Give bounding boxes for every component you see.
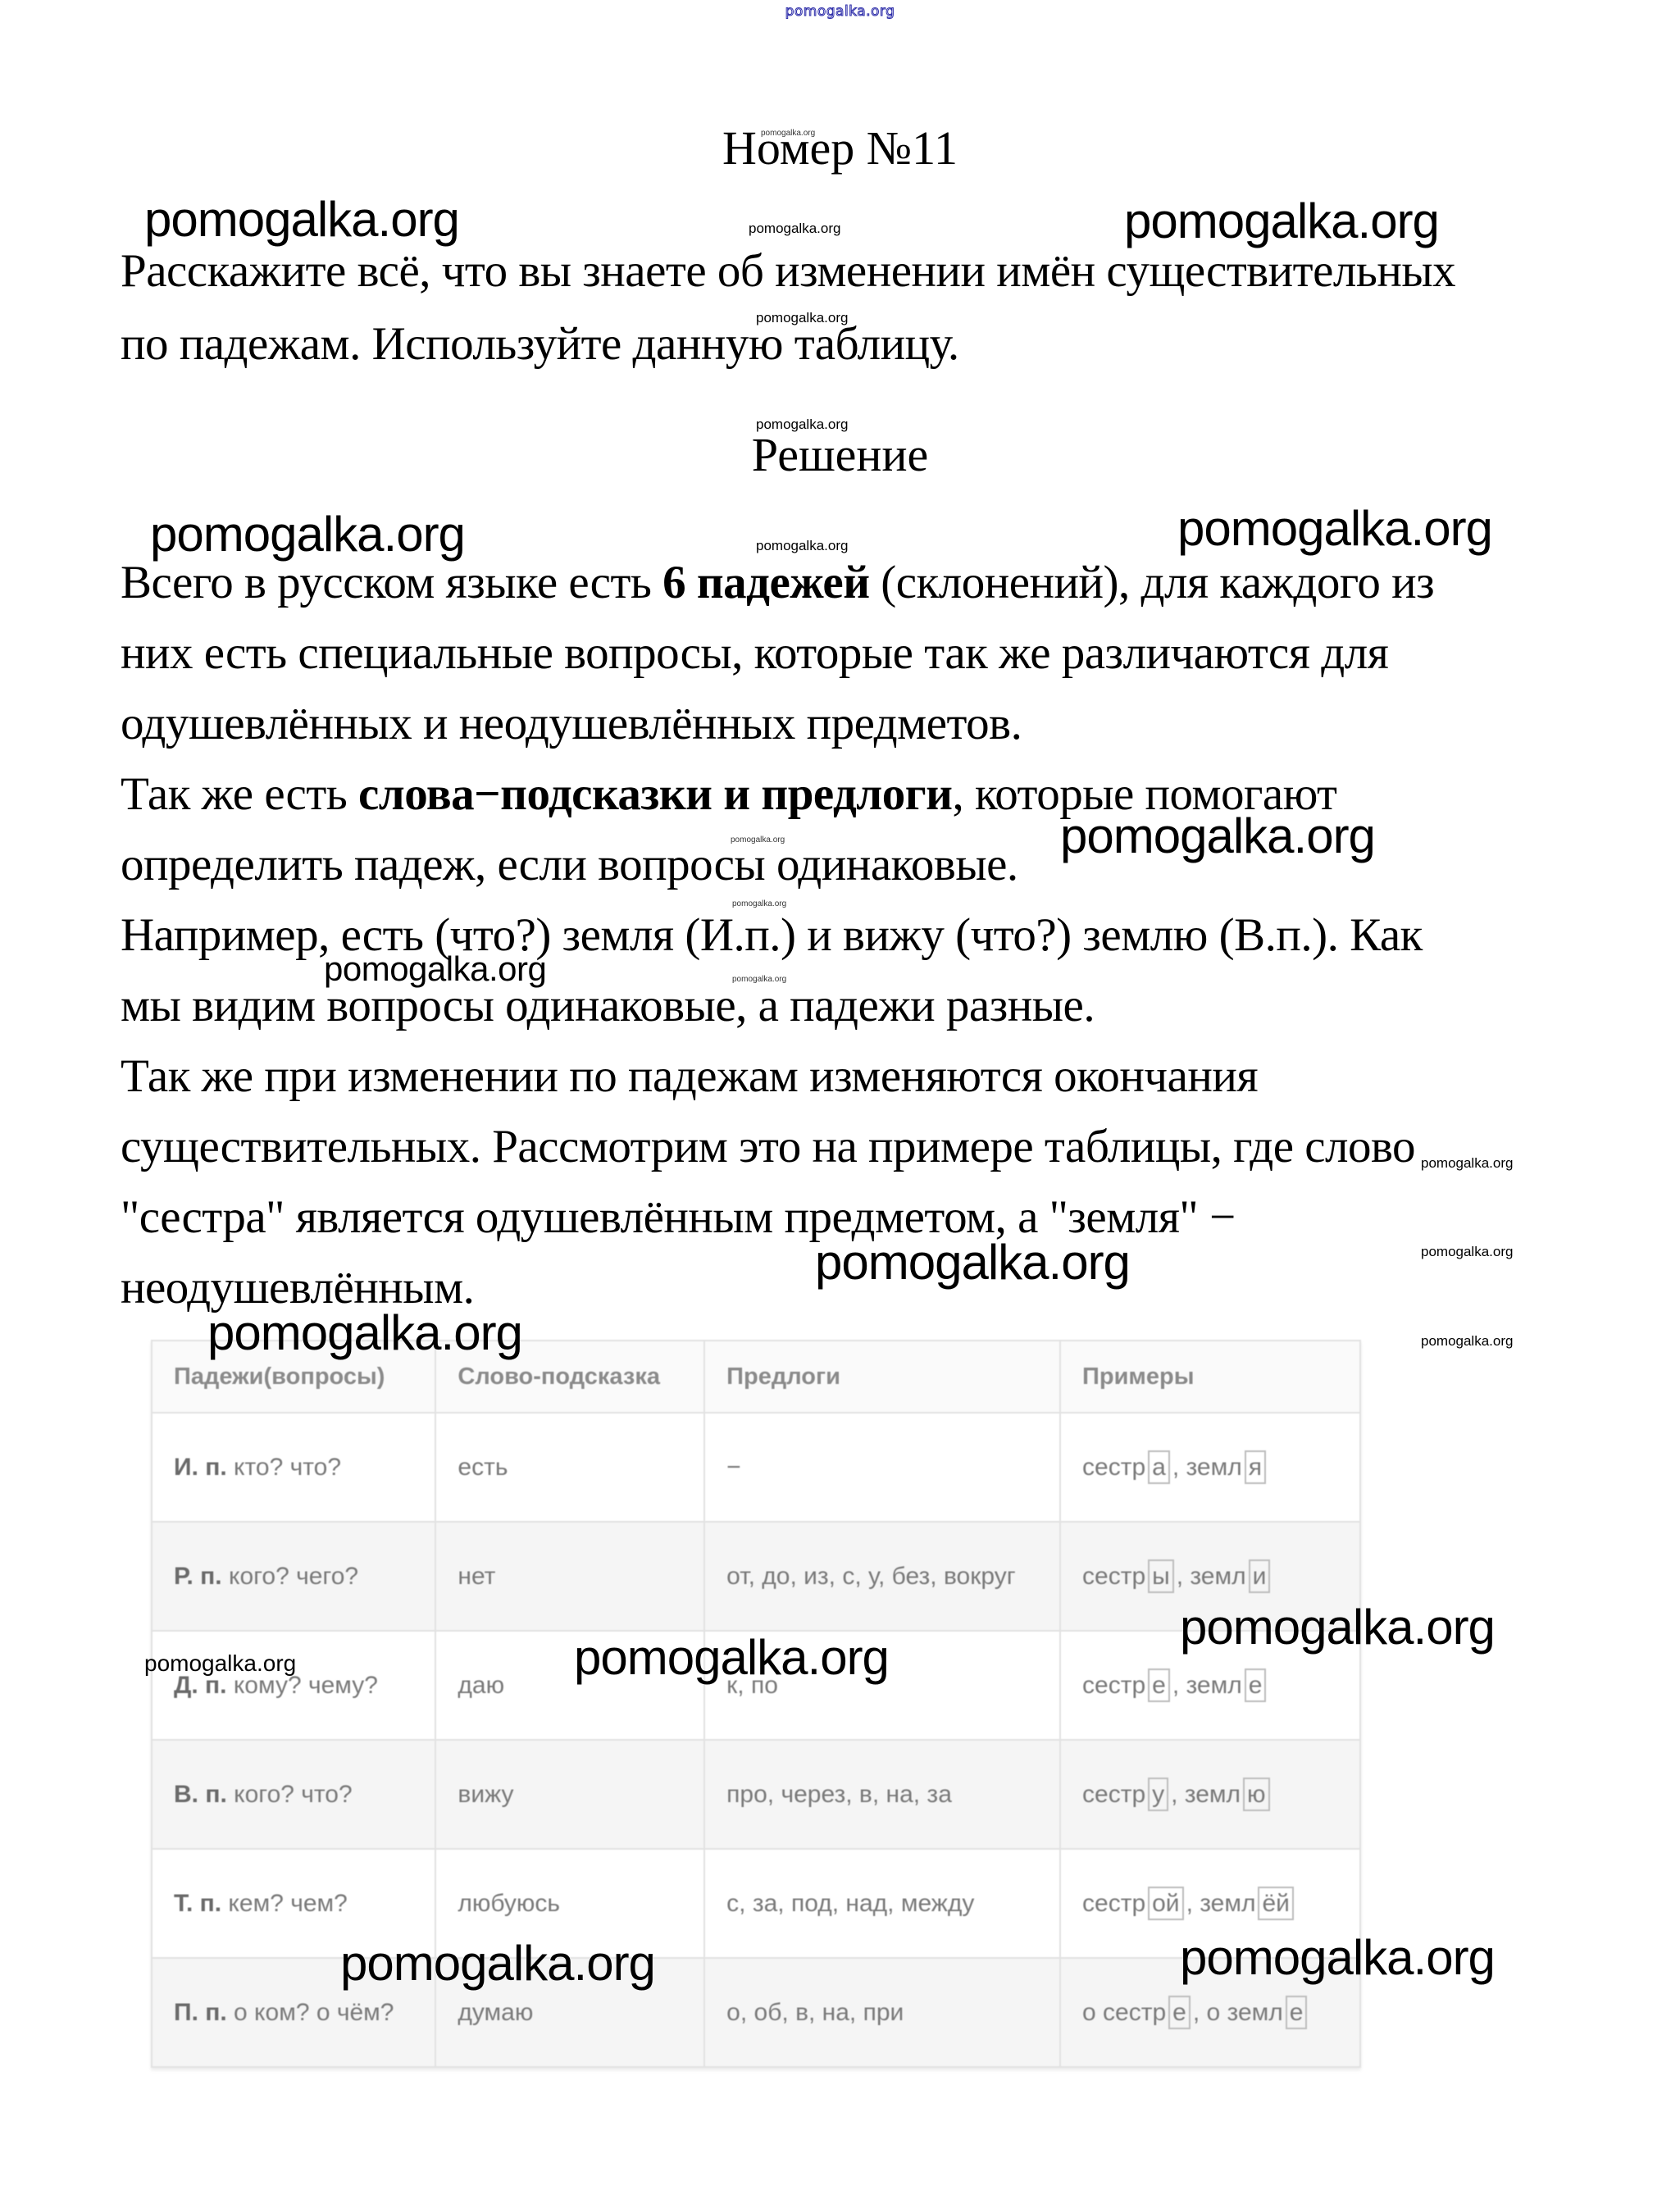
watermark: pomogalka.org	[1421, 1245, 1513, 1259]
example-ending-box: е	[1245, 1669, 1267, 1702]
watermark: pomogalka.org	[756, 417, 848, 431]
examples-cell: сестра, земля	[1060, 1413, 1360, 1522]
hint-word-cell: нет	[435, 1522, 704, 1631]
example-ending-box: ёй	[1258, 1887, 1293, 1920]
case-questions: о ком? о чём?	[234, 1999, 394, 2026]
example-ending-box: ы	[1148, 1559, 1174, 1593]
watermark: pomogalka.org	[574, 1633, 889, 1682]
watermark: pomogalka.org	[749, 221, 840, 235]
case-cell: В. п. кого? что?	[152, 1740, 435, 1849]
solution-line: них есть специальные вопросы, которые та…	[121, 618, 1564, 689]
text: Всего в русском языке есть	[121, 557, 662, 608]
example-ending-box: е	[1168, 1996, 1191, 2029]
watermark: pomogalka.org	[756, 311, 848, 325]
example-ending-box: я	[1245, 1450, 1266, 1484]
case-questions: кого? чего?	[229, 1563, 358, 1590]
case-abbr: Т. п.	[174, 1890, 221, 1917]
watermark: pomogalka.org	[761, 130, 815, 138]
watermark: pomogalka.org	[1124, 197, 1439, 246]
example-ending-box: ю	[1243, 1778, 1270, 1811]
table-row: Р. п. кого? чего?нетот, до, из, с, у, бе…	[152, 1522, 1360, 1631]
solution-line: Так же при изменении по падежам изменяют…	[121, 1041, 1564, 1112]
example-stem: , земл	[1177, 1563, 1246, 1590]
prepositions-cell: с, за, под, над, между	[704, 1849, 1060, 1958]
text: (склонений), для каждого из	[870, 557, 1435, 608]
bold-text: слова−подсказки и предлоги	[358, 768, 953, 820]
table-row: Т. п. кем? чем?любуюсьс, за, под, над, м…	[152, 1849, 1360, 1958]
case-cell: Р. п. кого? чего?	[152, 1522, 435, 1631]
case-abbr: И. п.	[174, 1454, 227, 1481]
column-header: Примеры	[1060, 1341, 1360, 1413]
example-stem: , земл	[1172, 1672, 1242, 1699]
watermark: pomogalka.org	[1180, 1603, 1495, 1652]
solution-line: существительных. Рассмотрим это на приме…	[121, 1112, 1564, 1182]
watermark: pomogalka.org	[732, 976, 786, 984]
table-row: В. п. кого? что?вижупро, через, в, на, з…	[152, 1740, 1360, 1849]
example-stem: , земл	[1171, 1781, 1241, 1808]
case-cell: Д. п. кому? чему?	[152, 1631, 435, 1740]
example-stem: сестр	[1082, 1454, 1145, 1481]
watermark: pomogalka.org	[324, 952, 546, 986]
prepositions-cell: про, через, в, на, за	[704, 1740, 1060, 1849]
watermark: pomogalka.org	[1177, 504, 1492, 553]
watermark: pomogalka.org	[144, 195, 459, 244]
example-ending-box: е	[1286, 1996, 1308, 2029]
solution-line: одушевлённых и неодушевлённых предметов.	[121, 689, 1564, 759]
example-stem: сестр	[1082, 1672, 1145, 1699]
watermark: pomogalka.org	[756, 539, 848, 553]
example-stem: , земл	[1186, 1890, 1256, 1917]
prepositions-cell: о, об, в, на, при	[704, 1958, 1060, 2067]
case-abbr: В. п.	[174, 1781, 227, 1808]
watermark: pomogalka.org	[1060, 812, 1375, 861]
column-header: Предлоги	[704, 1341, 1060, 1413]
case-questions: кого? что?	[234, 1781, 353, 1808]
watermark: pomogalka.org	[144, 1652, 296, 1675]
watermark: pomogalka.org	[150, 510, 465, 559]
solution-text: Всего в русском языке есть 6 падежей (ск…	[121, 548, 1564, 1323]
watermark: pomogalka.org	[732, 900, 786, 908]
example-ending-box: и	[1249, 1559, 1271, 1593]
watermark: pomogalka.org	[340, 1939, 655, 1988]
watermark: pomogalka.org	[731, 836, 785, 845]
example-stem: сестр	[1082, 1781, 1145, 1808]
example-stem: , о земл	[1193, 1999, 1283, 2026]
watermark: pomogalka.org	[207, 1309, 522, 1358]
prepositions-cell: −	[704, 1413, 1060, 1522]
case-questions: кто? что?	[234, 1454, 341, 1481]
example-stem: сестр	[1082, 1563, 1145, 1590]
case-abbr: Р. п.	[174, 1563, 222, 1590]
site-link[interactable]: pomogalka.org	[0, 3, 1680, 20]
examples-cell: сестру, землю	[1060, 1740, 1360, 1849]
example-ending-box: е	[1148, 1669, 1170, 1702]
bold-text: 6 падежей	[662, 557, 869, 608]
prepositions-cell: от, до, из, с, у, без, вокруг	[704, 1522, 1060, 1631]
example-ending-box: у	[1148, 1778, 1168, 1811]
case-questions: кем? чем?	[228, 1890, 347, 1917]
table-row: П. п. о ком? о чём?думаюо, об, в, на, пр…	[152, 1958, 1360, 2067]
case-cell: И. п. кто? что?	[152, 1413, 435, 1522]
solution-heading: Решение	[0, 431, 1680, 479]
example-stem: , земл	[1172, 1454, 1242, 1481]
page-title: Номер №11	[0, 125, 1680, 172]
hint-word-cell: вижу	[435, 1740, 704, 1849]
table-row: И. п. кто? что?есть−сестра, земля	[152, 1413, 1360, 1522]
task-text: Расскажите всё, что вы знаете об изменен…	[121, 236, 1564, 380]
example-stem: сестр	[1082, 1890, 1145, 1917]
watermark: pomogalka.org	[1180, 1933, 1495, 1983]
watermark: pomogalka.org	[1421, 1334, 1513, 1348]
text: Так же есть	[121, 768, 358, 820]
watermark: pomogalka.org	[815, 1238, 1130, 1287]
example-ending-box: а	[1148, 1450, 1170, 1484]
example-ending-box: ой	[1148, 1887, 1183, 1920]
case-abbr: П. п.	[174, 1999, 227, 2026]
watermark: pomogalka.org	[1421, 1156, 1513, 1170]
hint-word-cell: есть	[435, 1413, 704, 1522]
example-stem: о сестр	[1082, 1999, 1166, 2026]
